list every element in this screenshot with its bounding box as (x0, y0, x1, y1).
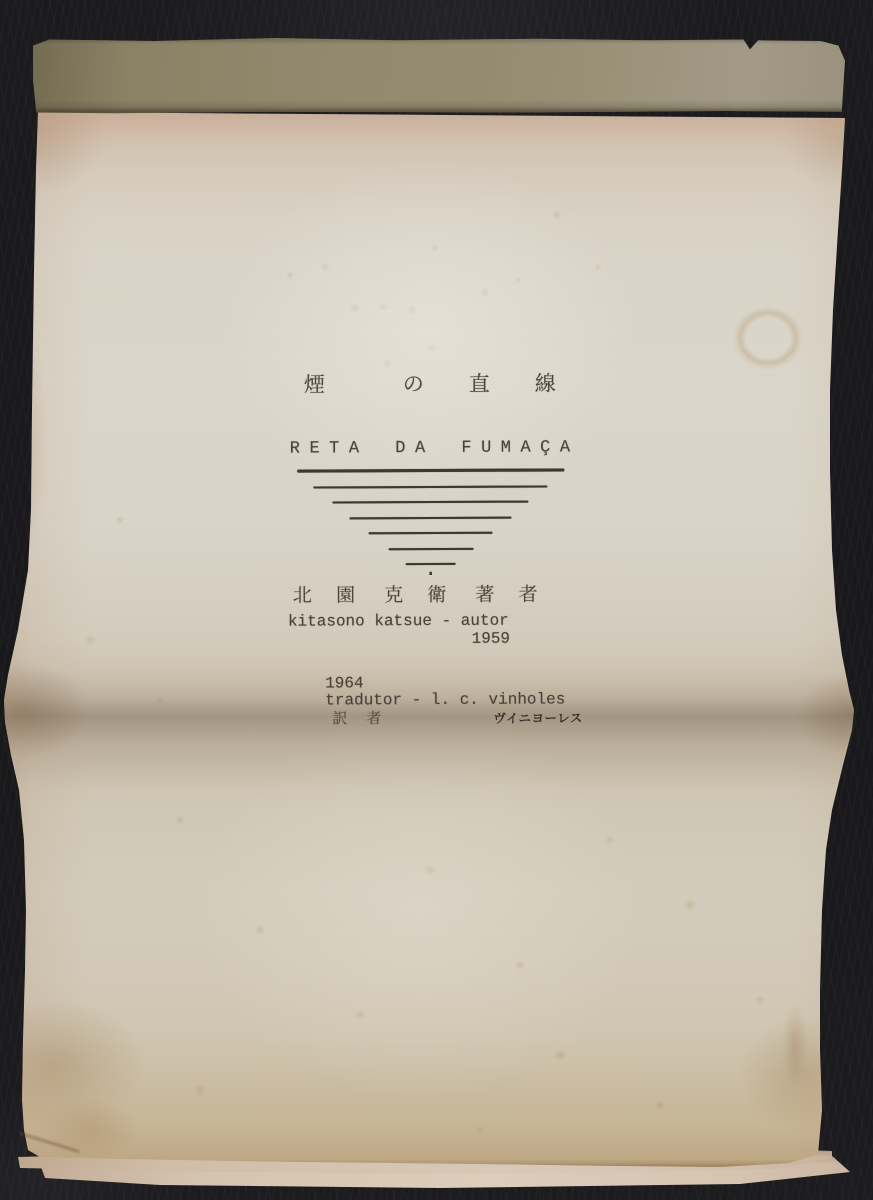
translator-jp-row: 訳 者 ヴイニヨーレス (325, 709, 595, 730)
smoke-line (313, 485, 547, 488)
translator-block: 1964 tradutor - l. c. vinholes 訳 者 ヴイニヨー… (325, 674, 595, 730)
smoke-line (332, 501, 528, 504)
smoke-line (369, 532, 493, 535)
title-japanese: 煙 の 直 線 (0, 372, 861, 398)
author-name-romaji: kitasono katsue - autor (288, 612, 510, 631)
photo-of-typescript-title-page: 煙 の 直 線 RETA DA FUMAÇA . 北 園 克 衛 著 者 kit… (0, 0, 873, 1200)
smoke-line (297, 468, 564, 472)
translator-label-japanese: 訳 者 (332, 710, 383, 728)
title-portuguese: RETA DA FUMAÇA (0, 438, 861, 460)
author-name-japanese: 北 園 克 衛 著 者 (293, 584, 510, 609)
translation-year: 1964 (325, 674, 595, 692)
author-year: 1959 (288, 630, 510, 649)
translator-name-katakana: ヴイニヨーレス (493, 711, 583, 725)
smoke-lines (0, 467, 862, 567)
smoke-line (349, 516, 511, 519)
author-block: 北 園 克 衛 著 者 kitasono katsue - autor 1959 (288, 584, 510, 649)
backing-board (33, 38, 845, 114)
title-page: 煙 の 直 線 RETA DA FUMAÇA . 北 園 克 衛 著 者 kit… (0, 110, 873, 1168)
smoke-line (388, 547, 473, 549)
translator-credit: tradutor - l. c. vinholes (325, 691, 595, 709)
typed-content: 煙 の 直 線 RETA DA FUMAÇA . 北 園 克 衛 著 者 kit… (0, 108, 873, 1170)
